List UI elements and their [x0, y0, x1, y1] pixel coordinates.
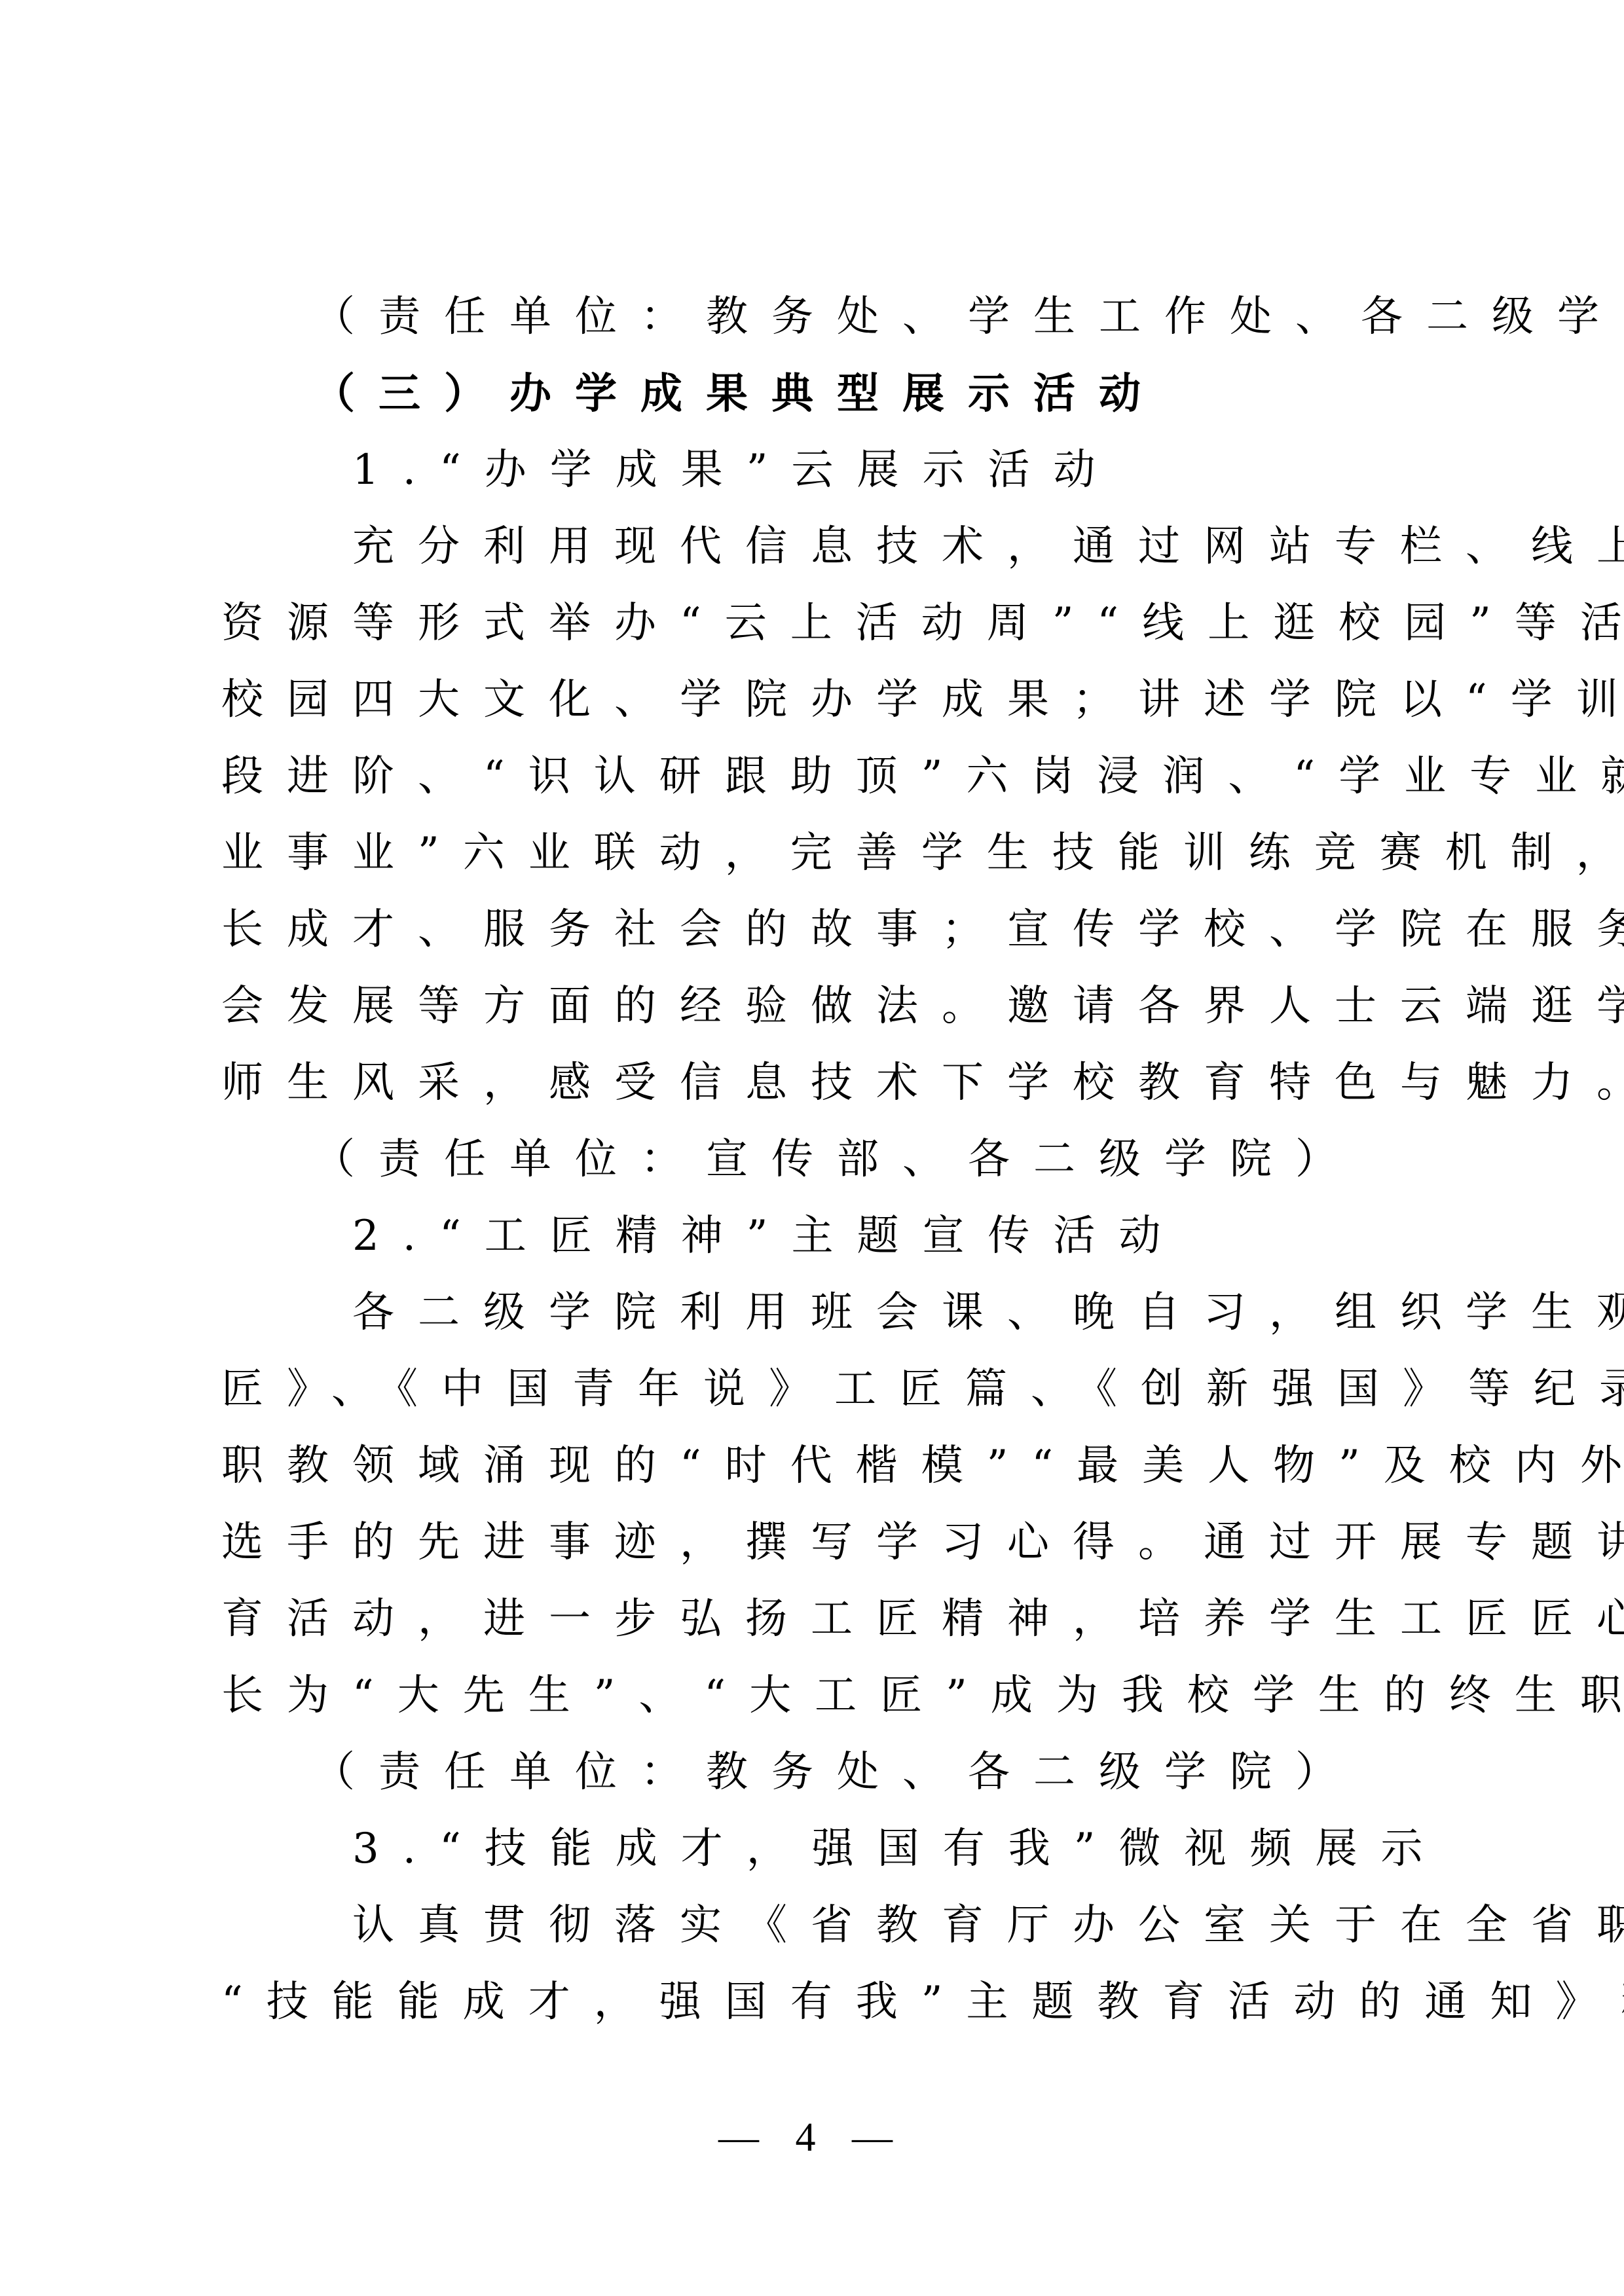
paragraph-line: 校园四大文化、学院办学成果；讲述学院以“学训练赛创”五 [221, 662, 1407, 738]
page-number: — 4 — [0, 2115, 1624, 2160]
paragraph-line: 段进阶、“识认研跟助顶”六岗浸润、“学业专业就业创业职 [221, 738, 1407, 815]
responsibility-note: （责任单位：宣传部、各二级学院） [221, 1121, 1407, 1198]
paragraph-line: “技能能成才，强国有我”主题教育活动的通知》精神，各二 [221, 1964, 1407, 2041]
subsection-heading: 2.“工匠精神”主题宣传活动 [221, 1198, 1407, 1275]
paragraph-line: 会发展等方面的经验做法。邀请各界人士云端逛学校,领略我校 [221, 968, 1407, 1045]
paragraph-line: 师生风采，感受信息技术下学校教育特色与魅力。 [221, 1045, 1407, 1121]
paragraph-line: 业事业”六业联动，完善学生技能训练竞赛机制，助力学生成 [221, 815, 1407, 892]
section-heading: （三）办学成果典型展示活动 [221, 355, 1407, 432]
subsection-heading: 1.“办学成果”云展示活动 [221, 432, 1407, 509]
responsibility-note: （责任单位：教务处、学生工作处、各二级学院） [221, 279, 1407, 355]
responsibility-note: （责任单位：教务处、各二级学院） [221, 1734, 1407, 1811]
subsection-heading: 3.“技能成才，强国有我”微视频展示 [221, 1811, 1407, 1887]
paragraph-line: 长成才、服务社会的故事；宣传学校、学院在服务地方经济社 [221, 892, 1407, 968]
paragraph-line: 选手的先进事迹，撰写学习心得。通过开展专题讲座、主题教 [221, 1504, 1407, 1581]
document-body: （责任单位：教务处、学生工作处、各二级学院） （三）办学成果典型展示活动 1.“… [221, 279, 1407, 2041]
paragraph-line: 职教领域涌现的“时代楷模”“最美人物”及校内外技能大赛 [221, 1428, 1407, 1504]
paragraph-line: 充分利用现代信息技术，通过网站专栏、线上展厅、开放 [221, 509, 1407, 585]
paragraph-line: 资源等形式举办“云上活动周”“线上逛校园”等活动，展示 [221, 585, 1407, 662]
paragraph-line: 育活动，进一步弘扬工匠精神，培养学生工匠匠心，让努力成 [221, 1581, 1407, 1658]
paragraph-line: 匠》、《中国青年说》工匠篇、《创新强国》等纪录片，学习 [221, 1351, 1407, 1428]
paragraph-line: 长为“大先生”、“大工匠”成为我校学生的终生职业追求。 [221, 1658, 1407, 1734]
paragraph-line: 各二级学院利用班会课、晚自习，组织学生观看《大国工 [221, 1275, 1407, 1351]
paragraph-line: 认真贯彻落实《省教育厅办公室关于在全省职业院校开展 [221, 1887, 1407, 1964]
